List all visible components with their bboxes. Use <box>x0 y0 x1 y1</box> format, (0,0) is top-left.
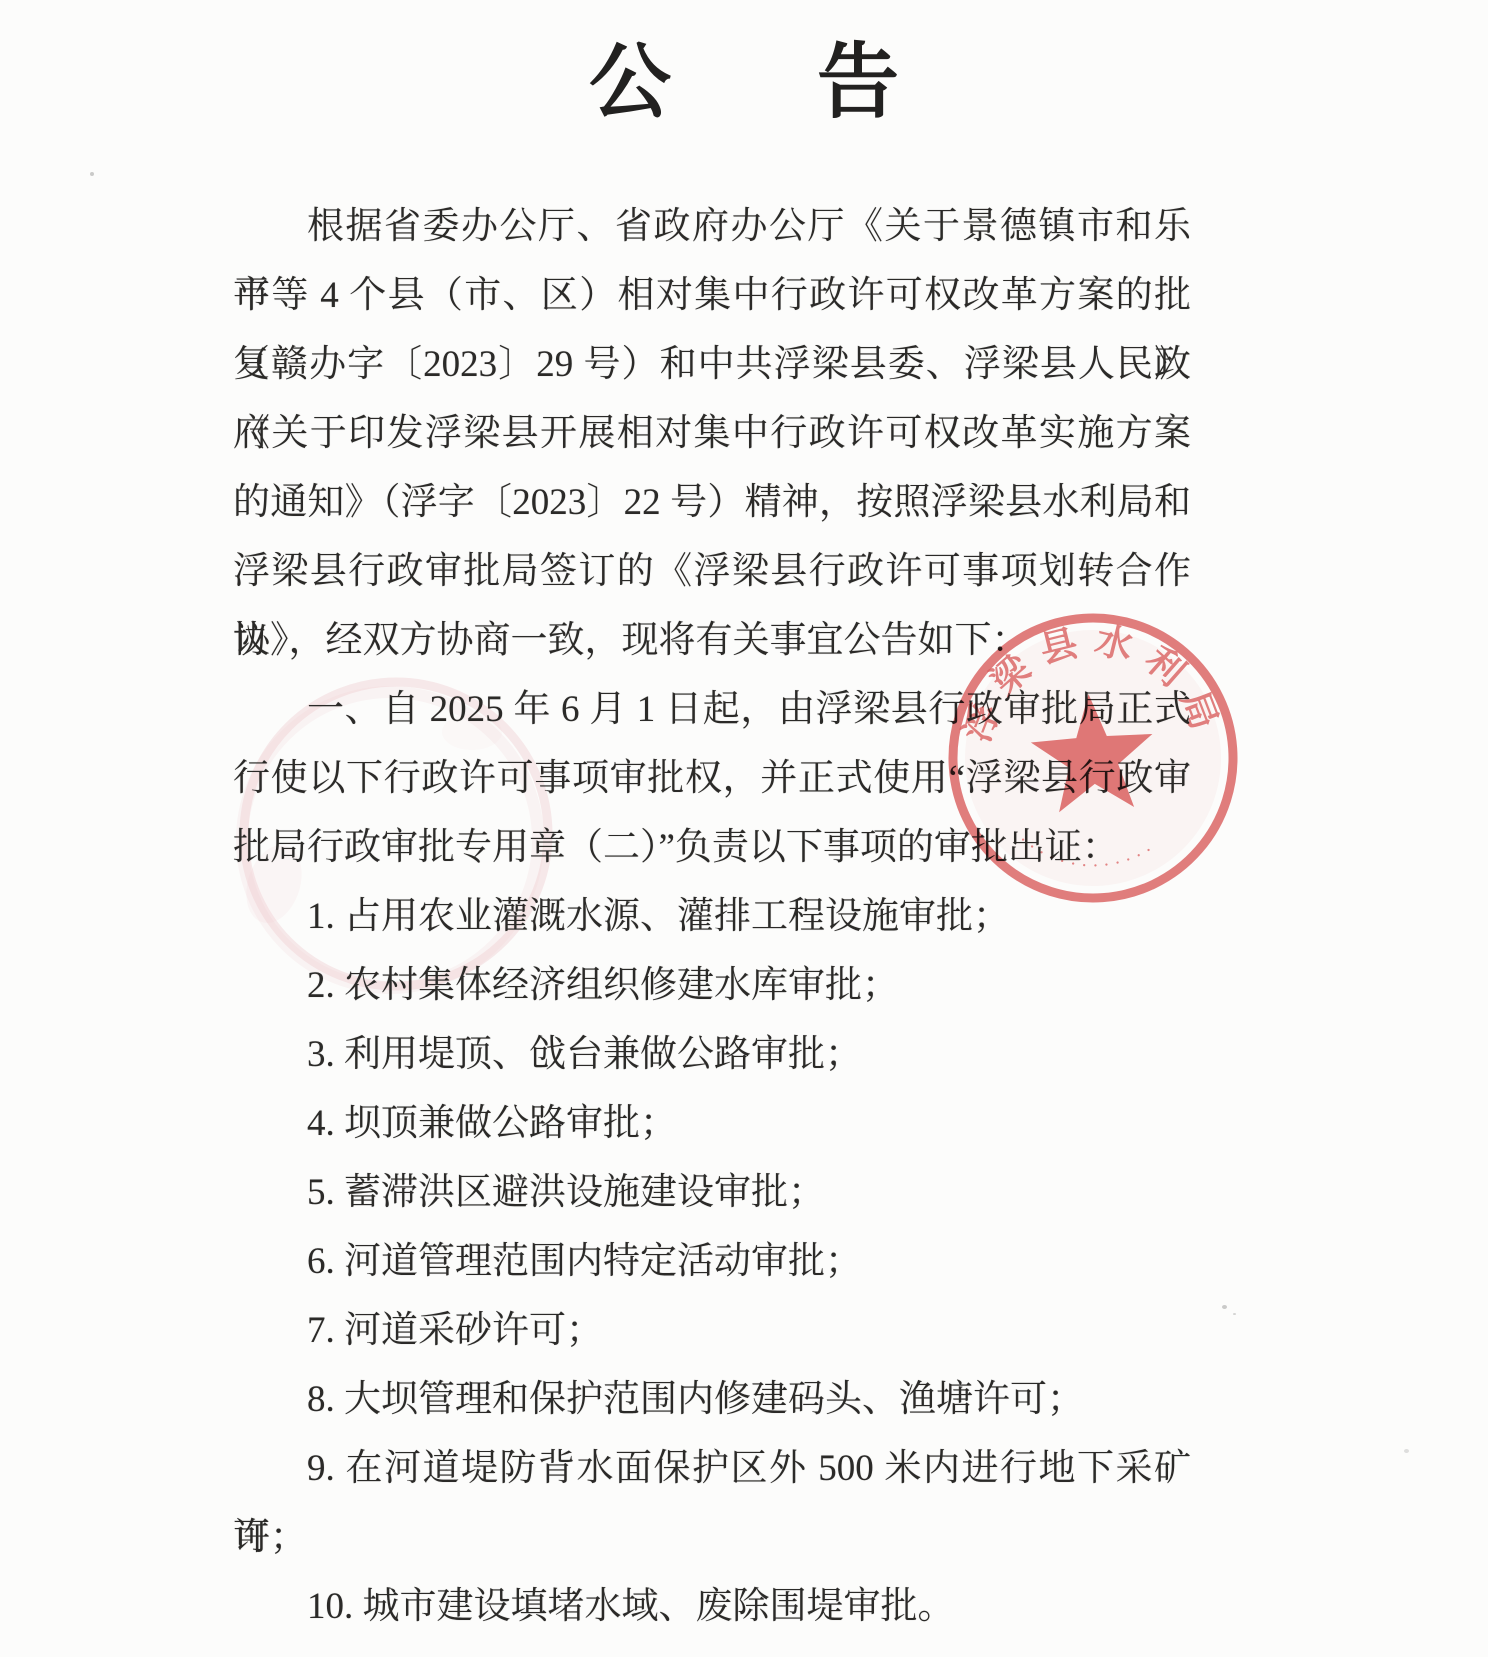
list-item: 4. 坝顶兼做公路审批； <box>233 1089 1191 1158</box>
page-title: 公 告 <box>0 38 1488 128</box>
list-item: 5. 蓄滞洪区避洪设施建设审批； <box>233 1158 1191 1227</box>
text-line: 根据省委办公厅、省政府办公厅《关于景德镇市和乐平 <box>233 192 1191 261</box>
text-line: 行使以下行政许可事项审批权，并正式使用“浮梁县行政审 <box>233 744 1191 813</box>
text-line: 的通知》（浮字〔2023〕22 号）精神，按照浮梁县水利局和 <box>233 468 1191 537</box>
text-line: 议》，经双方协商一致，现将有关事宜公告如下： <box>233 606 1191 675</box>
list-item: 7. 河道采砂许可； <box>233 1296 1191 1365</box>
list-item: 3. 利用堤顶、戗台兼做公路审批； <box>233 1020 1191 1089</box>
text-line: （赣办字〔2023〕29 号）和中共浮梁县委、浮梁县人民政府 <box>233 330 1191 399</box>
list-item: 2. 农村集体经济组织修建水库审批； <box>233 951 1191 1020</box>
list-item: 6. 河道管理范围内特定活动审批； <box>233 1227 1191 1296</box>
text-line: 浮梁县行政审批局签订的《浮梁县行政许可事项划转合作协 <box>233 537 1191 606</box>
text-line: 批局行政审批专用章（二）”负责以下事项的审批出证： <box>233 813 1191 882</box>
scan-speck <box>90 172 94 176</box>
list-item: 可； <box>233 1503 1191 1572</box>
list-item: 9. 在河道堤防背水面保护区外 500 米内进行地下采矿许 <box>233 1434 1191 1503</box>
text-line: 《关于印发浮梁县开展相对集中行政许可权改革实施方案 <box>233 399 1191 468</box>
announcement-page: 公 告 根据省委办公厅、省政府办公厅《关于景德镇市和乐平 市等 4 个县（市、区… <box>0 0 1488 1657</box>
scan-speck <box>1222 1305 1227 1309</box>
text-line: 一、自 2025 年 6 月 1 日起，由浮梁县行政审批局正式 <box>233 675 1191 744</box>
document-body: 根据省委办公厅、省政府办公厅《关于景德镇市和乐平 市等 4 个县（市、区）相对集… <box>233 192 1191 1641</box>
list-item: 8. 大坝管理和保护范围内修建码头、渔塘许可； <box>233 1365 1191 1434</box>
text-line: 市等 4 个县（市、区）相对集中行政许可权改革方案的批复》 <box>233 261 1191 330</box>
list-item: 10. 城市建设填堵水域、废除围堤审批。 <box>233 1572 1191 1641</box>
scan-speck <box>1404 1449 1409 1453</box>
list-item: 1. 占用农业灌溉水源、灌排工程设施审批； <box>233 882 1191 951</box>
